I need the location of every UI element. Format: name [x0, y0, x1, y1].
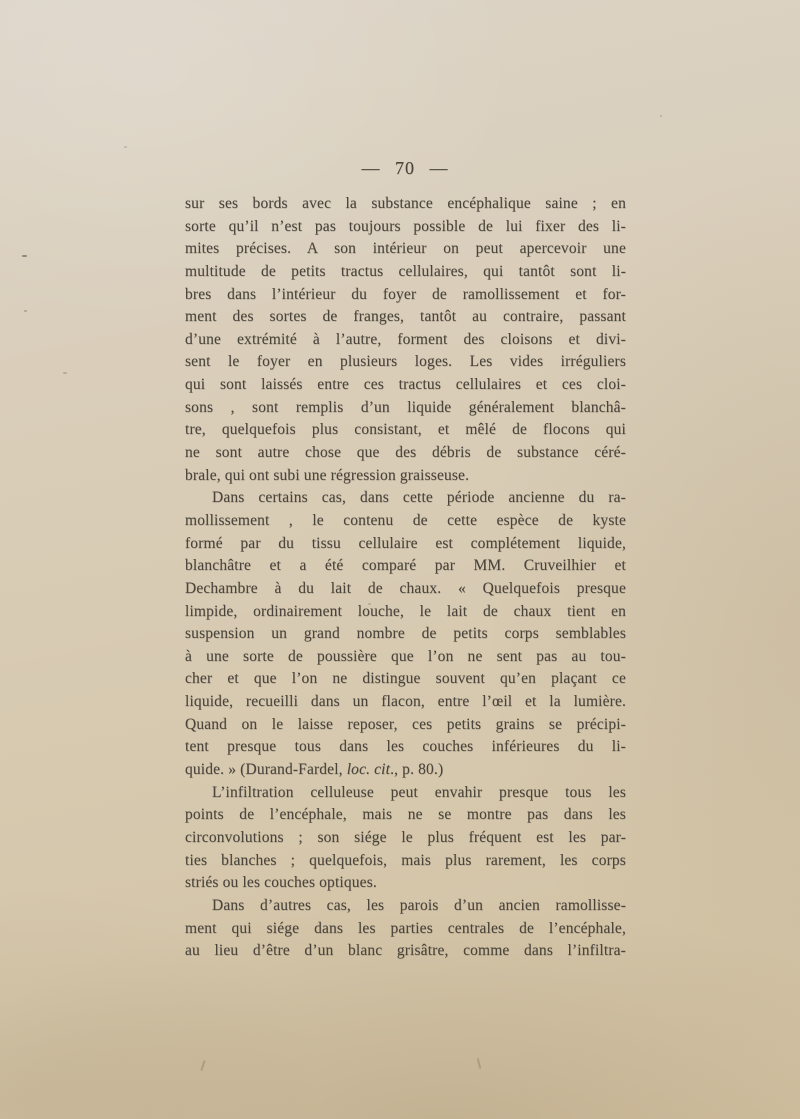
- text-line: points de l’encéphale, mais ne se montre…: [185, 804, 626, 827]
- text-line: blanchâtre et a été comparé par MM. Cruv…: [185, 555, 626, 578]
- paper-speck: [368, 603, 371, 605]
- text-line: suspension un grand nombre de petits cor…: [185, 623, 626, 646]
- book-page-scan: — 70 — sur ses bords avec la substance e…: [0, 0, 800, 1119]
- text-line: brale, qui ont subi une régression grais…: [185, 465, 626, 488]
- text-line: ne sont autre chose que des débris de su…: [185, 442, 626, 465]
- text-line: formé par du tissu cellulaire est complé…: [185, 533, 626, 556]
- text-line: sons , sont remplis d’un liquide général…: [185, 397, 626, 420]
- text-line: ment des sortes de franges, tantôt au co…: [185, 306, 626, 329]
- text-line: sorte qu’il n’est pas toujours possible …: [185, 216, 626, 239]
- text-line: mollissement , le contenu de cette espèc…: [185, 510, 626, 533]
- paper-speck: [63, 372, 67, 374]
- text-line: à une sorte de poussière que l’on ne sen…: [185, 646, 626, 669]
- text-line: tent presque tous dans les couches infér…: [185, 736, 626, 759]
- text-line: Dechambre à du lait de chaux. « Quelquef…: [185, 578, 626, 601]
- paper-speck: [200, 1060, 205, 1071]
- text-line: mites précises. A son intérieur on peut …: [185, 238, 626, 261]
- text-line: circonvolutions ; son siége le plus fréq…: [185, 827, 626, 850]
- paper-speck: [24, 310, 27, 312]
- text-line: qui sont laissés entre ces tractus cellu…: [185, 374, 626, 397]
- text-line: cher et que l’on ne distingue souvent qu…: [185, 668, 626, 691]
- text-line: liquide, recueilli dans un flacon, entre…: [185, 691, 626, 714]
- text-line: Dans d’autres cas, les parois d’un ancie…: [185, 895, 626, 918]
- text-block: sur ses bords avec la substance encéphal…: [185, 193, 626, 963]
- paper-speck: [124, 146, 127, 148]
- text-line: Quand on le laisse reposer, ces petits g…: [185, 714, 626, 737]
- text-line: ties blanches ; quelquefois, mais plus r…: [185, 850, 626, 873]
- page-number: — 70 —: [185, 158, 625, 179]
- text-line: ment qui siége dans les parties centrale…: [185, 918, 626, 941]
- paper-speck: [22, 255, 27, 257]
- text-line: au lieu d’être d’un blanc grisâtre, comm…: [185, 940, 626, 963]
- text-line: d’une extrémité à l’autre, forment des c…: [185, 329, 626, 352]
- text-line: Dans certains cas, dans cette période an…: [185, 487, 626, 510]
- text-line: quide. » (Durand-Fardel, loc. cit., p. 8…: [185, 759, 626, 782]
- text-line: bres dans l’intérieur du foyer de ramoll…: [185, 284, 626, 307]
- paper-speck: [477, 1058, 481, 1069]
- paper-speck: [660, 115, 662, 117]
- text-line: sent le foyer en plusieurs loges. Les vi…: [185, 351, 626, 374]
- text-line: tre, quelquefois plus consistant, et mêl…: [185, 419, 626, 442]
- text-line: striés ou les couches optiques.: [185, 872, 626, 895]
- text-line: sur ses bords avec la substance encéphal…: [185, 193, 626, 216]
- text-line: limpide, ordinairement louche, le lait d…: [185, 601, 626, 624]
- text-line: multitude de petits tractus cellulaires,…: [185, 261, 626, 284]
- text-line: L’infiltration celluleuse peut envahir p…: [185, 782, 626, 805]
